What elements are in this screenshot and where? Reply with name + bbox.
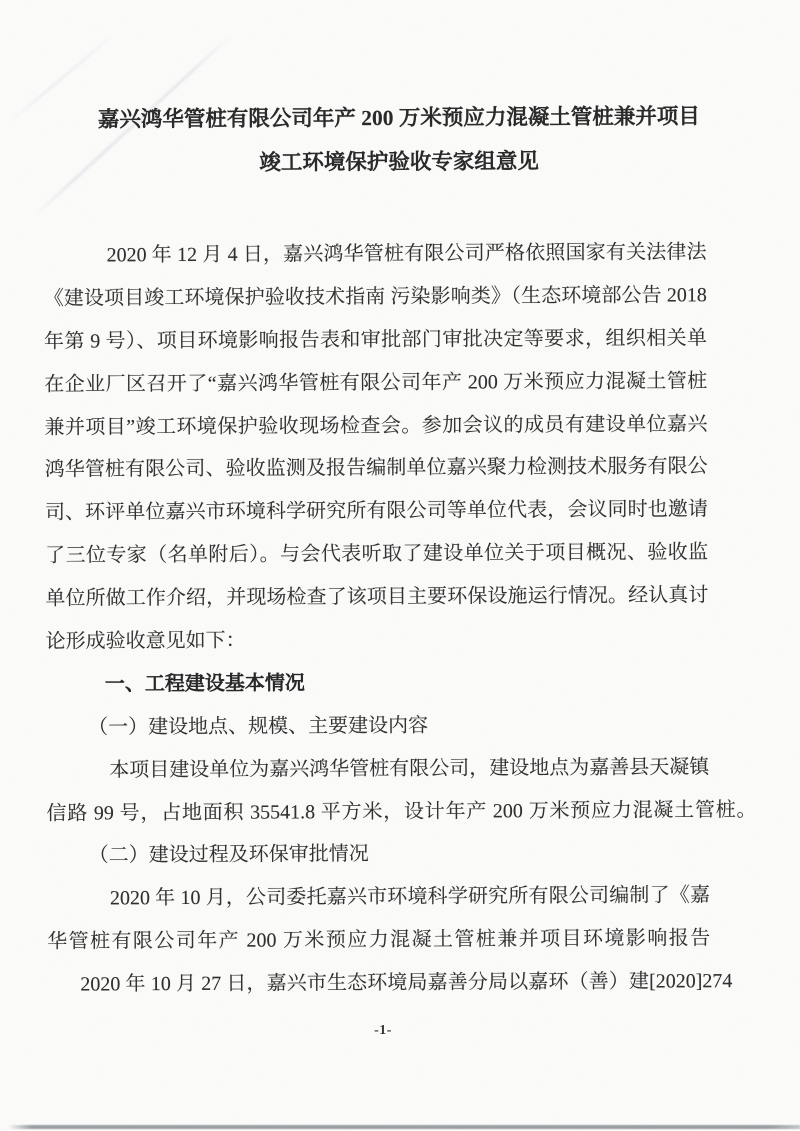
paragraph-1-line-9: 单位所做工作介绍，并现场检查了该项目主要环保设施运行情况。经认真讨 <box>45 574 708 620</box>
page-number: -1- <box>45 1023 721 1039</box>
paragraph-1-line-4: 在企业厂区召开了“嘉兴鸿华管桩有限公司年产 200 万米预应力混凝土管桩 <box>44 360 707 406</box>
scanned-document-page: 嘉兴鸿华管桩有限公司年产 200 万米预应力混凝土管桩兼并项目 竣工环境保护验收… <box>0 0 800 1131</box>
paragraph-3-line-3: 2020 年 10 月 27 日，嘉兴市生态环境局嘉善分局以嘉环（善）建[202… <box>47 960 732 1006</box>
subsection-heading-1-1: （一）建设地点、规模、主要建设内容 <box>46 703 709 749</box>
paragraph-1-line-2: 《建设项目竣工环境保护验收技术指南 污染影响类》（生态环境部公告 2018 <box>44 274 707 320</box>
document-title-line-2: 竣工环境保护验收专家组意见 <box>43 138 755 186</box>
paragraph-1-line-6: 鸿华管桩有限公司、验收监测及报告编制单位嘉兴聚力检测技术服务有限公 <box>45 446 708 492</box>
paragraph-1-line-1: 2020 年 12 月 4 日，嘉兴鸿华管桩有限公司严格依照国家有关法律法规、 <box>43 231 706 277</box>
document-title: 嘉兴鸿华管桩有限公司年产 200 万米预应力混凝土管桩兼并项目 竣工环境保护验收… <box>43 94 755 186</box>
paragraph-1-line-8: 了三位专家（名单附后）。与会代表听取了建设单位关于项目概况、验收监测 <box>45 531 708 577</box>
paragraph-1-line-5: 兼并项目”竣工环境保护验收现场检查会。参加会议的成员有建设单位嘉兴 <box>44 403 707 449</box>
paragraph-1-line-7: 司、环评单位嘉兴市环境科学研究所有限公司等单位代表，会议同时也邀请 <box>45 489 708 535</box>
paragraph-3-line-1: 2020 年 10 月，公司委托嘉兴市环境科学研究所有限公司编制了《嘉兴鸿 <box>47 875 710 921</box>
paragraph-2-line-2: 信路 99 号，占地面积 35541.8 平方米，设计年产 200 万米预应力混… <box>46 789 756 836</box>
paragraph-1-line-10: 论形成验收意见如下： <box>45 617 708 663</box>
document-title-line-1: 嘉兴鸿华管桩有限公司年产 200 万米预应力混凝土管桩兼并项目 <box>43 94 755 142</box>
paragraph-2-line-1: 本项目建设单位为嘉兴鸿华管桩有限公司，建设地点为嘉善县天凝镇东 <box>46 746 709 792</box>
section-heading-1: 一、工程建设基本情况 <box>46 660 709 706</box>
paragraph-3-line-2: 华管桩有限公司年产 200 万米预应力混凝土管桩兼并项目环境影响报告表》。 <box>47 918 710 964</box>
subsection-heading-1-2: （二）建设过程及环保审批情况 <box>47 832 710 878</box>
paragraph-1-line-3: 年第 9 号）、项目环境影响报告表和审批部门审批决定等要求，组织相关单位 <box>44 317 707 363</box>
document-content: 嘉兴鸿华管桩有限公司年产 200 万米预应力混凝土管桩兼并项目 竣工环境保护验收… <box>43 94 711 1006</box>
scan-edge-shadow <box>8 1125 800 1129</box>
